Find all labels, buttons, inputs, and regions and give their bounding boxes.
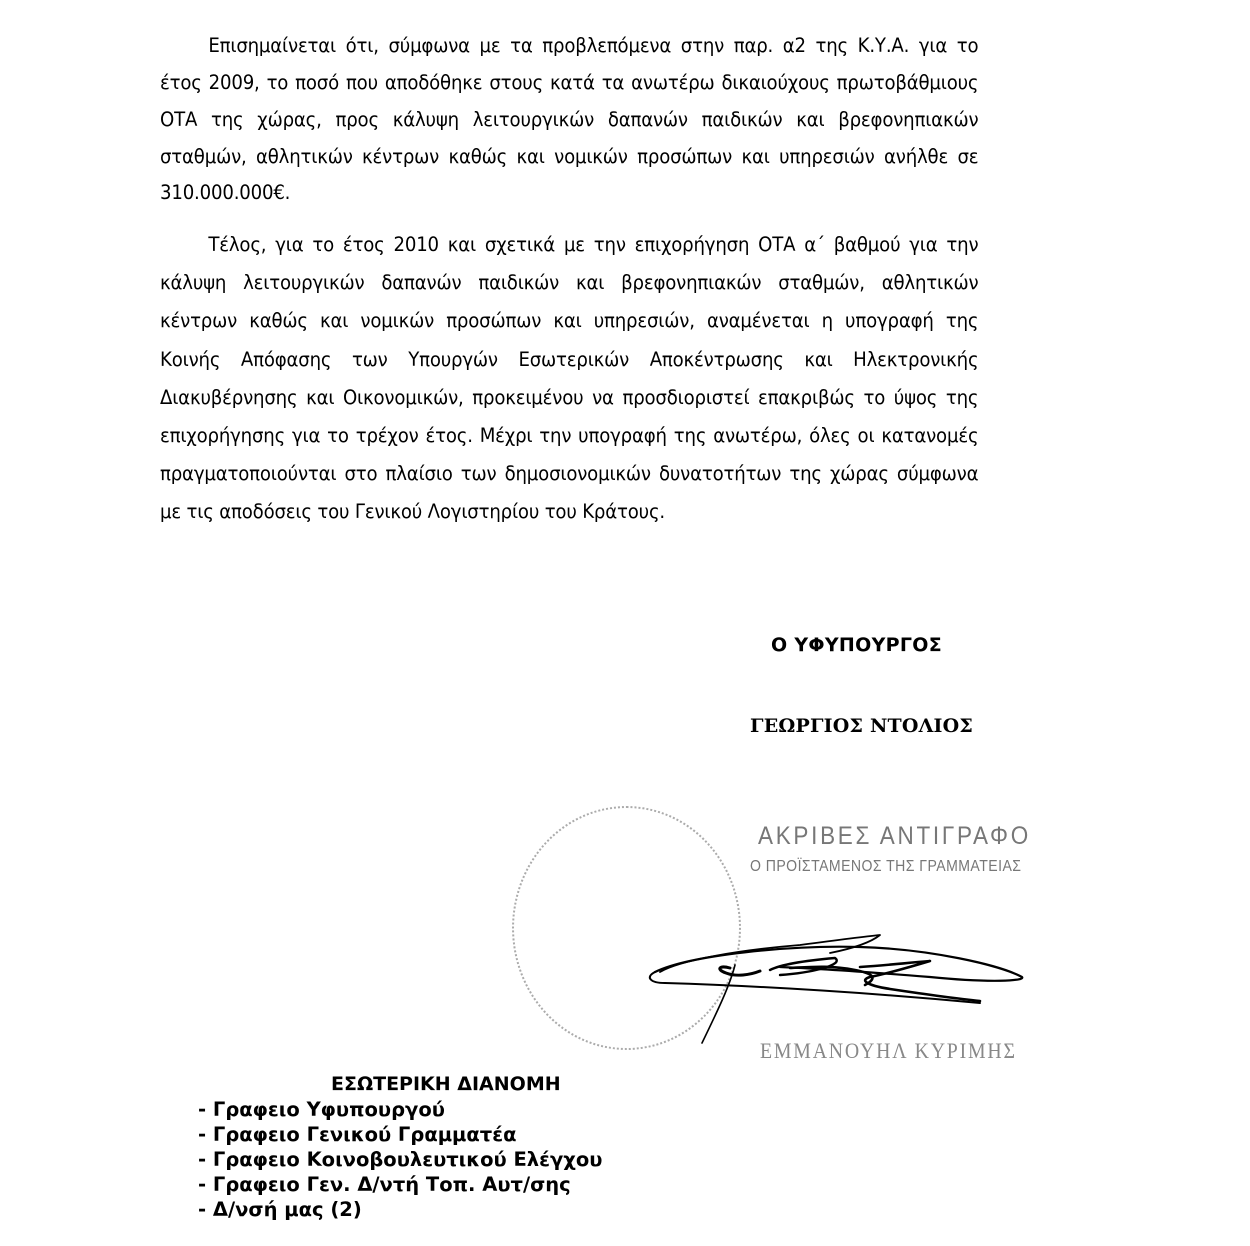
paragraph-line: ΟΤΑ της χώρας, προς κάλυψη λειτουργικών … [160, 108, 978, 132]
distribution-item: Γραφειο Υφυπουργού [198, 1097, 602, 1122]
secretariat-head-stamp-text: Ο ΠΡΟΪΣΤΑΜΕΝΟΣ ΤΗΣ ΓΡΑΜΜΑΤΕΙΑΣ [750, 858, 1021, 876]
paragraph-line: Επισημαίνεται ότι, σύμφωνα με τα προβλεπ… [160, 34, 978, 58]
distribution-list: Γραφειο Υφυπουργού Γραφειο Γενικού Γραμμ… [198, 1097, 602, 1222]
paragraph-line: 310.000.000€. [160, 181, 978, 205]
signatory-name: ΓΕΩΡΓΙΟΣ ΝΤΟΛΙΟΣ [750, 715, 973, 737]
paragraph-line: Τέλος, για το έτος 2010 και σχετικά με τ… [160, 233, 978, 257]
distribution-item: Γραφειο Γεν. Δ/ντή Τοπ. Αυτ/σης [198, 1172, 602, 1197]
distribution-item: Γραφειο Κοινοβουλευτικού Ελέγχου [198, 1147, 602, 1172]
paragraph-line: κέντρων καθώς και νομικών προσώπων και υ… [160, 309, 978, 333]
certified-copy-stamp-text: ΑΚΡΙΒΕΣ ΑΝΤΙΓΡΑΦΟ [758, 822, 1031, 851]
distribution-item: Γραφειο Γενικού Γραμματέα [198, 1122, 602, 1147]
distribution-item: Δ/νσή μας (2) [198, 1197, 602, 1222]
paragraph-line: Διακυβέρνησης και Οικονομικών, προκειμέν… [160, 386, 978, 410]
paragraph-line: Κοινής Απόφασης των Υπουργών Εσωτερικών … [160, 348, 978, 372]
paragraph-line: έτος 2009, το ποσό που αποδόθηκε στους κ… [160, 71, 978, 95]
document-page: Επισημαίνεται ότι, σύμφωνα με τα προβλεπ… [0, 0, 1250, 1246]
handwritten-signature [630, 925, 1050, 1045]
paragraph-line: πραγματοποιούνται στο πλαίσιο των δημοσι… [160, 462, 978, 486]
signatory-title: Ο ΥΦΥΠΟΥΡΓΟΣ [771, 634, 942, 656]
paragraph-line: με τις αποδόσεις του Γενικού Λογιστηρίου… [160, 500, 978, 524]
paragraph-line: επιχορήγησης για το τρέχον έτος. Μέχρι τ… [160, 424, 978, 448]
distribution-title: ΕΣΩΤΕΡΙΚΗ ΔΙΑΝΟΜΗ [331, 1073, 561, 1095]
paragraph-line: κάλυψη λειτουργικών δαπανών παιδικών και… [160, 271, 978, 295]
paragraph-line: σταθμών, αθλητικών κέντρων καθώς και νομ… [160, 145, 978, 169]
